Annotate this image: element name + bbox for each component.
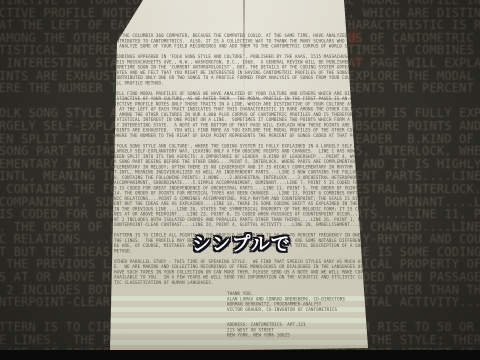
bottom-letterbox-bar [0,350,480,360]
paper-fold-horizontal [110,96,370,98]
paper-light-stripes [110,296,368,350]
video-frame[interactable]: ISTINCTIVE OF YOUR CULTURE, AS WE RATED … [0,0,480,360]
subtitle-overlay: シンプルで [192,229,291,256]
letter-signature-block: THANK YOU,ALAN LOMAX AND CONRAD ARENSBER… [227,291,345,312]
red-smudge [348,54,366,68]
letter-address-block: ADDRESS: CANTOMETRICS APT.121215 WEST 98… [227,322,306,338]
paper-crease-vertical [243,0,245,92]
